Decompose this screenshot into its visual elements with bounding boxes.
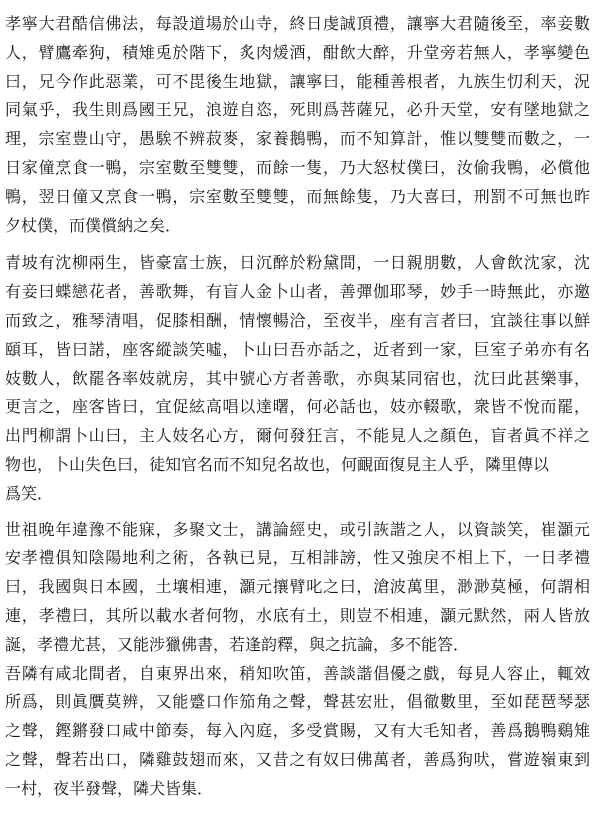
text-line: 青坡有沈柳兩生，皆豪富士族，日沉醉於粉黛間，一日親朋數，人會飲沈家，沈	[5, 249, 590, 278]
text-line: 世祖晚年違豫不能寐，多聚文士，講論經史，或引詼諧之人，以資談笑，崔灝元	[5, 516, 590, 545]
text-line: 日家僮烹食一鴨，宗室數至雙雙，而餘一隻，乃大怒杖僕曰，汝偷我鴨，必償他	[5, 154, 590, 183]
paragraph-mimic-story: 吾隣有咸北間者，自東界出來，稍知吹笛，善談諧倡優之戲，每見人容止，輒效 所爲，則…	[5, 660, 590, 804]
text-line: 所爲，則眞贋莫辨，又能蹙口作笳角之聲，聲甚宏壯，倡徹數里，至如琵琶琴瑟	[5, 688, 590, 717]
document-page: 孝寧大君酷信佛法，每設道場於山寺，終日虔誠頂禮，讓寧大君隨後至，率妾數 人，臂鷹…	[0, 0, 596, 825]
paragraph-hyoryeong-story: 孝寧大君酷信佛法，每設道場於山寺，終日虔誠頂禮，讓寧大君隨後至，率妾數 人，臂鷹…	[5, 10, 590, 240]
paragraph-boksan-story: 青坡有沈柳兩生，皆豪富士族，日沉醉於粉黛間，一日親朋數，人會飲沈家，沈 有妾曰蝶…	[5, 249, 590, 508]
text-line: 更言之，座客皆曰，宜促絃高唱以達曙，何必話也，妓亦輟歌，衆皆不悅而罷，	[5, 393, 590, 422]
text-line: 而致之，雅琴清唱，促膝相酬，情懷暢洽，至夜半，座有言者曰，宜談往事以鮮	[5, 307, 590, 336]
text-line: 人，臂鷹牽狗，積雉兎於階下，炙肉煖酒，酣飲大醉，升堂旁若無人，孝寧變色	[5, 39, 590, 68]
text-line: 物也，卜山失色曰，徒知官名而不知兒名故也，何靦面復見主人乎，隣里傳以	[5, 451, 590, 480]
text-line: 誕，孝禮尤甚，又能涉獵佛書，若逢韵釋，與之抗論，多不能答．	[5, 631, 590, 660]
text-line: 鴨，翌日僮又烹食一鴨，宗室數至雙雙，而無餘隻，乃大喜曰，刑罰不可無也昨	[5, 183, 590, 212]
text-line: 曰，我國與日本國，土壤相連，灝元攘臂叱之曰，滄波萬里，渺渺莫極，何謂相	[5, 573, 590, 602]
text-line: 一村，夜半發聲，隣犬皆集．	[5, 775, 590, 804]
text-line: 理，宗室豊山守，愚騃不辨菽麥，家養鵝鴨，而不知算計，惟以雙雙而數之，一	[5, 125, 590, 154]
text-line: 有妾曰蝶戀花者，善歌舞，有盲人金卜山者，善彈伽耶琴，妙手一時無此，亦邀	[5, 278, 590, 307]
paragraph-sejo-story: 世祖晚年違豫不能寐，多聚文士，講論經史，或引詼諧之人，以資談笑，崔灝元 安孝禮俱…	[5, 516, 590, 660]
text-line: 之聲，鏗鏘發口咸中節奏，每入內庭，多受賞賜，又有大毛知者，善爲鵝鴨鷄雉	[5, 717, 590, 746]
text-line: 妓數人，飲罷各率妓就房，其中號心方者善歌，亦與某同宿也，沈曰此甚樂事，	[5, 365, 590, 394]
text-line: 孝寧大君酷信佛法，每設道場於山寺，終日虔誠頂禮，讓寧大君隨後至，率妾數	[5, 10, 590, 39]
text-line: 出門柳謂卜山曰，主人妓名心方，爾何發狂言，不能見人之顏色，盲者眞不祥之	[5, 422, 590, 451]
text-line: 吾隣有咸北間者，自東界出來，稍知吹笛，善談諧倡優之戲，每見人容止，輒效	[5, 660, 590, 689]
text-line: 曰，兄今作此惡業，可不毘後生地獄，讓寧曰，能種善根者，九族生忉利天，況	[5, 68, 590, 97]
text-line: 頤耳，皆曰諾，座客縱談笑噓，卜山曰吾亦話之，近者到一家，巨室子弟亦有名	[5, 336, 590, 365]
text-line: 夕杖僕，而僕償納之矣．	[5, 212, 590, 241]
text-line: 同氣乎，我生則爲國王兄，浪遊自恣，死則爲菩薩兄，必升天堂，安有墜地獄之	[5, 96, 590, 125]
text-line: 之聲，聲若出口，隣雞鼓翅而來，又昔之有奴曰佛萬者，善爲狗吠，嘗遊嶺東到	[5, 746, 590, 775]
text-line: 安孝禮俱知陰陽地利之術，各執已見，互相誹謗，性又強戾不相上下，一日孝禮	[5, 544, 590, 573]
text-line: 連，孝禮曰，其所以載水者何物，水底有土，則豈不相連，灝元默然，兩人皆放	[5, 602, 590, 631]
text-line: 爲笑．	[5, 480, 590, 509]
